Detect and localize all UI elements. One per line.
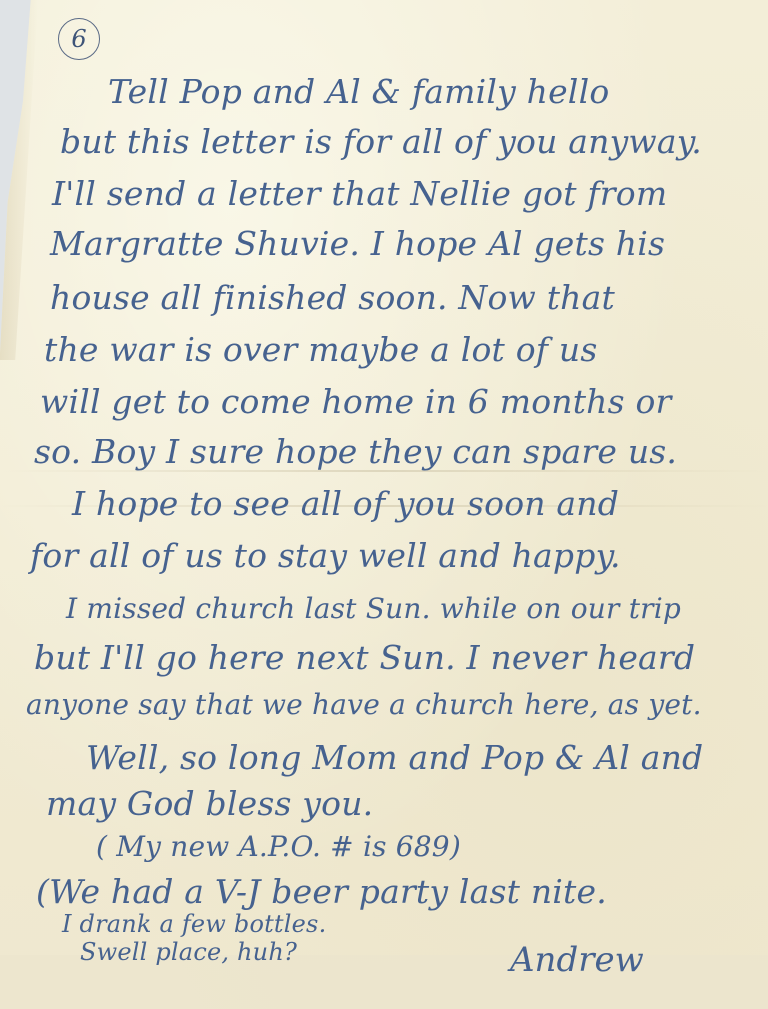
letter-line: but this letter is for all of you anyway… [60,122,702,161]
postscript-line: Swell place, huh? [80,938,297,966]
letter-line: the war is over maybe a lot of us [44,330,597,369]
postscript-line: I drank a few bottles. [62,910,326,938]
letter-line: Tell Pop and Al & family hello [108,72,609,111]
letter-line: for all of us to stay well and happy. [30,536,621,575]
letter-line: may God bless you. [46,784,373,823]
paper-fold-left [0,0,38,360]
letter-line: I'll send a letter that Nellie got from [52,174,667,213]
signature: Andrew [510,940,644,980]
letter-line: I hope to see all of you soon and [72,484,619,523]
postscript-line: (We had a V-J beer party last nite. [36,872,607,911]
letter-line: so. Boy I sure hope they can spare us. [34,432,677,471]
letter-line: anyone say that we have a church here, a… [26,688,702,721]
letter-page: 6 Tell Pop and Al & family hello but thi… [0,0,768,1009]
letter-line: Margratte Shuvie. I hope Al gets his [50,224,665,263]
letter-line: I missed church last Sun. while on our t… [66,592,681,625]
page-number: 6 [58,18,100,60]
letter-line: house all finished soon. Now that [50,278,615,317]
letter-line: will get to come home in 6 months or [40,382,672,421]
letter-line: Well, so long Mom and Pop & Al and [86,738,703,777]
apo-note: ( My new A.P.O. # is 689) [96,830,461,863]
letter-line: but I'll go here next Sun. I never heard [34,638,695,677]
